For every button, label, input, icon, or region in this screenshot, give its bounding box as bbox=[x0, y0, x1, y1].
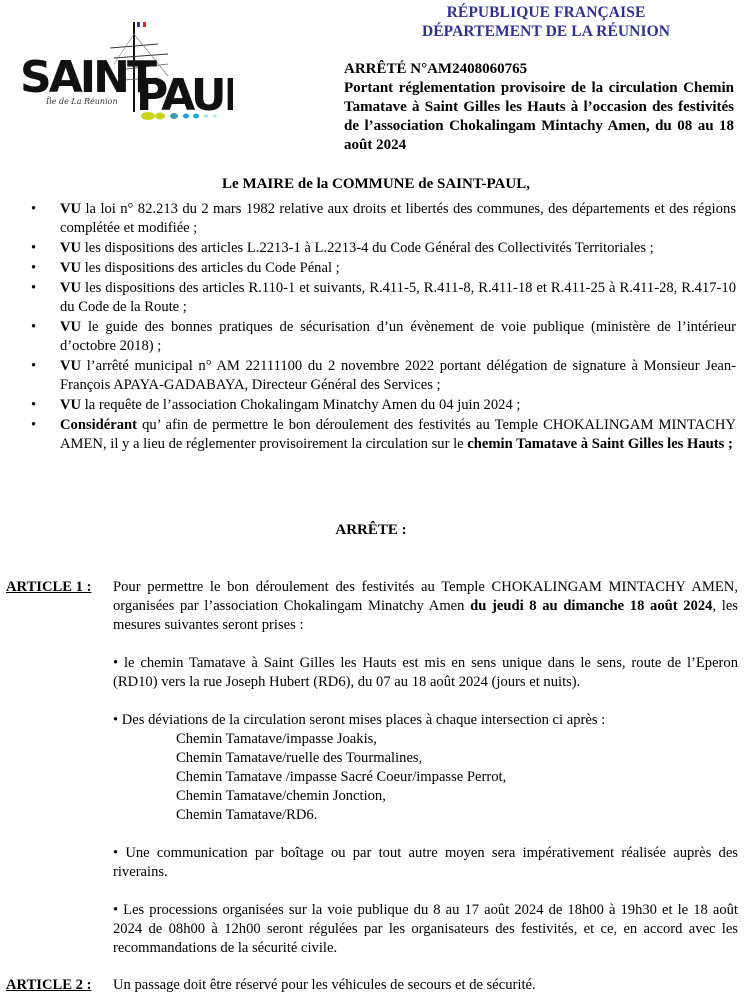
measure-processions: • Les processions organisées sur la voie… bbox=[113, 901, 738, 958]
deviation-item: Chemin Tamatave/RD6. bbox=[176, 806, 738, 825]
deviation-item: Chemin Tamatave/ruelle des Tourmalines, bbox=[176, 749, 738, 768]
measure-one-way: • le chemin Tamatave à Saint Gilles les … bbox=[113, 654, 738, 692]
article-2-label: ARTICLE 2 : bbox=[6, 976, 91, 995]
arrete-number: ARRÊTÉ N°AM2408060765 bbox=[344, 60, 734, 79]
measure-communication: • Une communication par boîtage ou par t… bbox=[113, 844, 738, 882]
republic-header: RÉPUBLIQUE FRANÇAISE DÉPARTEMENT DE LA R… bbox=[340, 3, 752, 41]
article-1-intro: Pour permettre le bon déroulement des fe… bbox=[113, 578, 738, 635]
article-1: ARTICLE 1 : Pour permettre le bon déroul… bbox=[6, 578, 738, 958]
vu-item: •VU les dispositions des articles R.110-… bbox=[26, 279, 736, 317]
arrete-heading: ARRÊTE : bbox=[0, 522, 742, 539]
article-2: ARTICLE 2 : Un passage doit être réservé… bbox=[6, 976, 738, 995]
measure-deviations: • Des déviations de la circulation seron… bbox=[113, 711, 738, 730]
vu-item: •VU la requête de l’association Chokalin… bbox=[26, 396, 736, 415]
article-1-label: ARTICLE 1 : bbox=[6, 578, 91, 597]
deviation-item: Chemin Tamatave/impasse Joakis, bbox=[176, 730, 738, 749]
vu-item: •VU la loi n° 82.213 du 2 mars 1982 rela… bbox=[26, 200, 736, 238]
vu-item: •VU l’arrêté municipal n° AM 22111100 du… bbox=[26, 357, 736, 395]
authority-heading: Le MAIRE de la COMMUNE de SAINT-PAUL, bbox=[0, 176, 752, 193]
vu-list: •VU la loi n° 82.213 du 2 mars 1982 rela… bbox=[26, 200, 736, 455]
deviation-list: Chemin Tamatave/impasse Joakis, Chemin T… bbox=[113, 730, 738, 825]
logo-tagline: Île de La Réunion bbox=[45, 97, 118, 106]
considerant-item: •Considérant qu’ afin de permettre le bo… bbox=[26, 416, 736, 454]
republic-line-1: RÉPUBLIQUE FRANÇAISE bbox=[340, 3, 752, 22]
vu-item: •VU les dispositions des articles L.2213… bbox=[26, 239, 736, 258]
arrete-title-block: ARRÊTÉ N°AM2408060765 Portant réglementa… bbox=[344, 60, 734, 155]
arrete-subject: Portant réglementation provisoire de la … bbox=[344, 79, 734, 155]
vu-item: •VU les dispositions des articles du Cod… bbox=[26, 259, 736, 278]
saint-paul-logo: SAINT PAUL Île de La Réunion bbox=[18, 14, 233, 122]
vu-item: •VU le guide des bonnes pratiques de séc… bbox=[26, 318, 736, 356]
deviation-item: Chemin Tamatave /impasse Sacré Coeur/imp… bbox=[176, 768, 738, 787]
republic-line-2: DÉPARTEMENT DE LA RÉUNION bbox=[340, 22, 752, 41]
deviation-item: Chemin Tamatave/chemin Jonction, bbox=[176, 787, 738, 806]
article-2-text: Un passage doit être réservé pour les vé… bbox=[113, 976, 738, 995]
